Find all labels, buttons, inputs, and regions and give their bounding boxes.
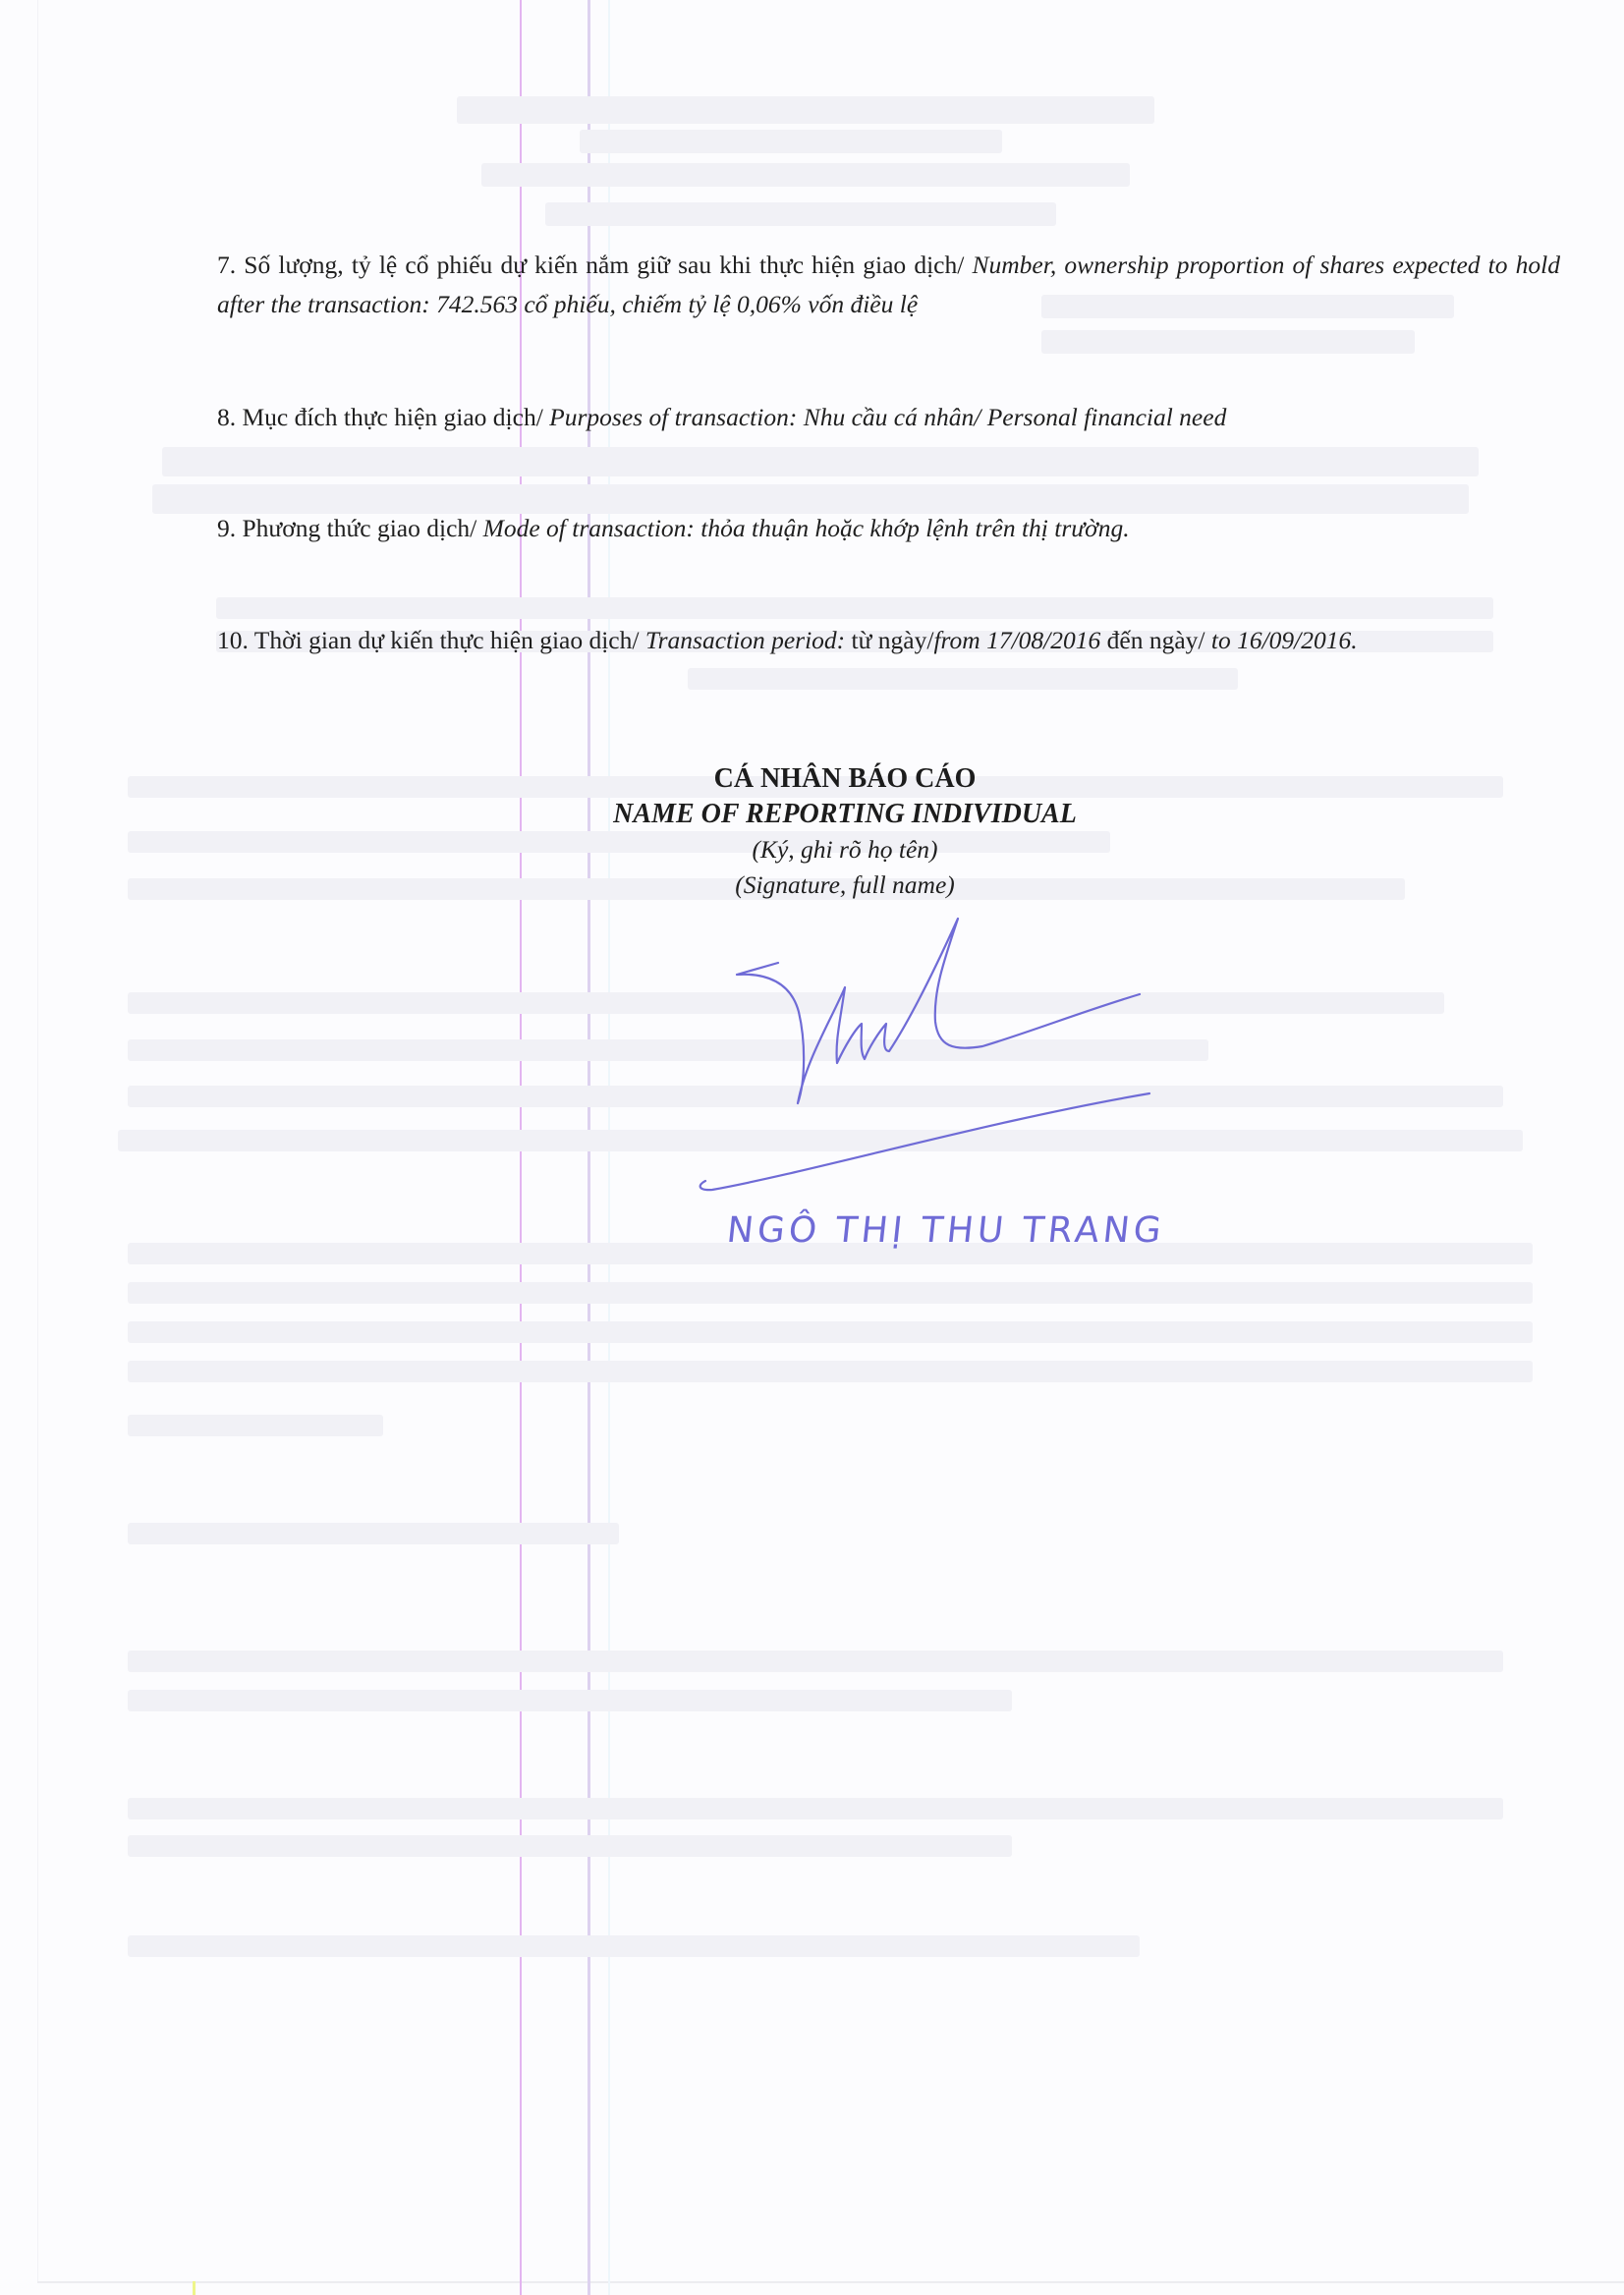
signature-note-en: (Signature, full name) xyxy=(550,868,1140,903)
handwritten-printed-name: NGÔ THỊ THU TRANG xyxy=(725,1210,1167,1251)
to-label-vi: đến ngày/ xyxy=(1107,626,1205,654)
item-number: 7. xyxy=(217,251,236,279)
to-date: to 16/09/2016. xyxy=(1211,626,1358,654)
item-number: 9. xyxy=(217,514,236,542)
scan-edge xyxy=(37,2281,1624,2283)
item-label-vi: Phương thức giao dịch/ xyxy=(243,514,477,542)
item-number: 10. xyxy=(217,626,249,654)
scan-artifact-mark xyxy=(193,2281,196,2295)
item-value: 742.563 cổ phiếu, chiếm tỷ lệ 0,06% vốn … xyxy=(436,290,918,318)
signature-title-vi: CÁ NHÂN BÁO CÁO xyxy=(550,761,1140,797)
item-label-en: Mode of transaction: xyxy=(483,514,695,542)
item-value: thỏa thuận hoặc khớp lệnh trên thị trườn… xyxy=(700,514,1129,542)
signature-title-en: NAME OF REPORTING INDIVIDUAL xyxy=(550,797,1140,832)
item-label-en: Purposes of transaction: xyxy=(549,403,797,431)
item-label-vi: Mục đích thực hiện giao dịch/ xyxy=(243,403,543,431)
signature-block: CÁ NHÂN BÁO CÁO NAME OF REPORTING INDIVI… xyxy=(550,761,1140,903)
item-label-vi: Thời gian dự kiến thực hiện giao dịch/ xyxy=(254,626,640,654)
from-label-vi: từ ngày/ xyxy=(852,626,934,654)
item-value: Nhu cầu cá nhân/ Personal financial need xyxy=(804,403,1227,431)
handwritten-signature xyxy=(668,914,1218,1228)
item-number: 8. xyxy=(217,403,236,431)
item-10-period: 10. Thời gian dự kiến thực hiện giao dịc… xyxy=(217,621,1358,660)
item-7-shares-after-transaction: 7. Số lượng, tỷ lệ cổ phiếu dự kiến nắm … xyxy=(217,246,1560,324)
item-label-vi: Số lượng, tỷ lệ cổ phiếu dự kiến nắm giữ… xyxy=(244,251,964,279)
item-8-purpose: 8. Mục đích thực hiện giao dịch/ Purpose… xyxy=(217,398,1226,437)
scan-edge xyxy=(37,0,38,2281)
signature-note-vi: (Ký, ghi rõ họ tên) xyxy=(550,832,1140,868)
from-date: from 17/08/2016 xyxy=(933,626,1100,654)
item-label-en: Transaction period: xyxy=(645,626,845,654)
item-9-mode: 9. Phương thức giao dịch/ Mode of transa… xyxy=(217,509,1130,548)
